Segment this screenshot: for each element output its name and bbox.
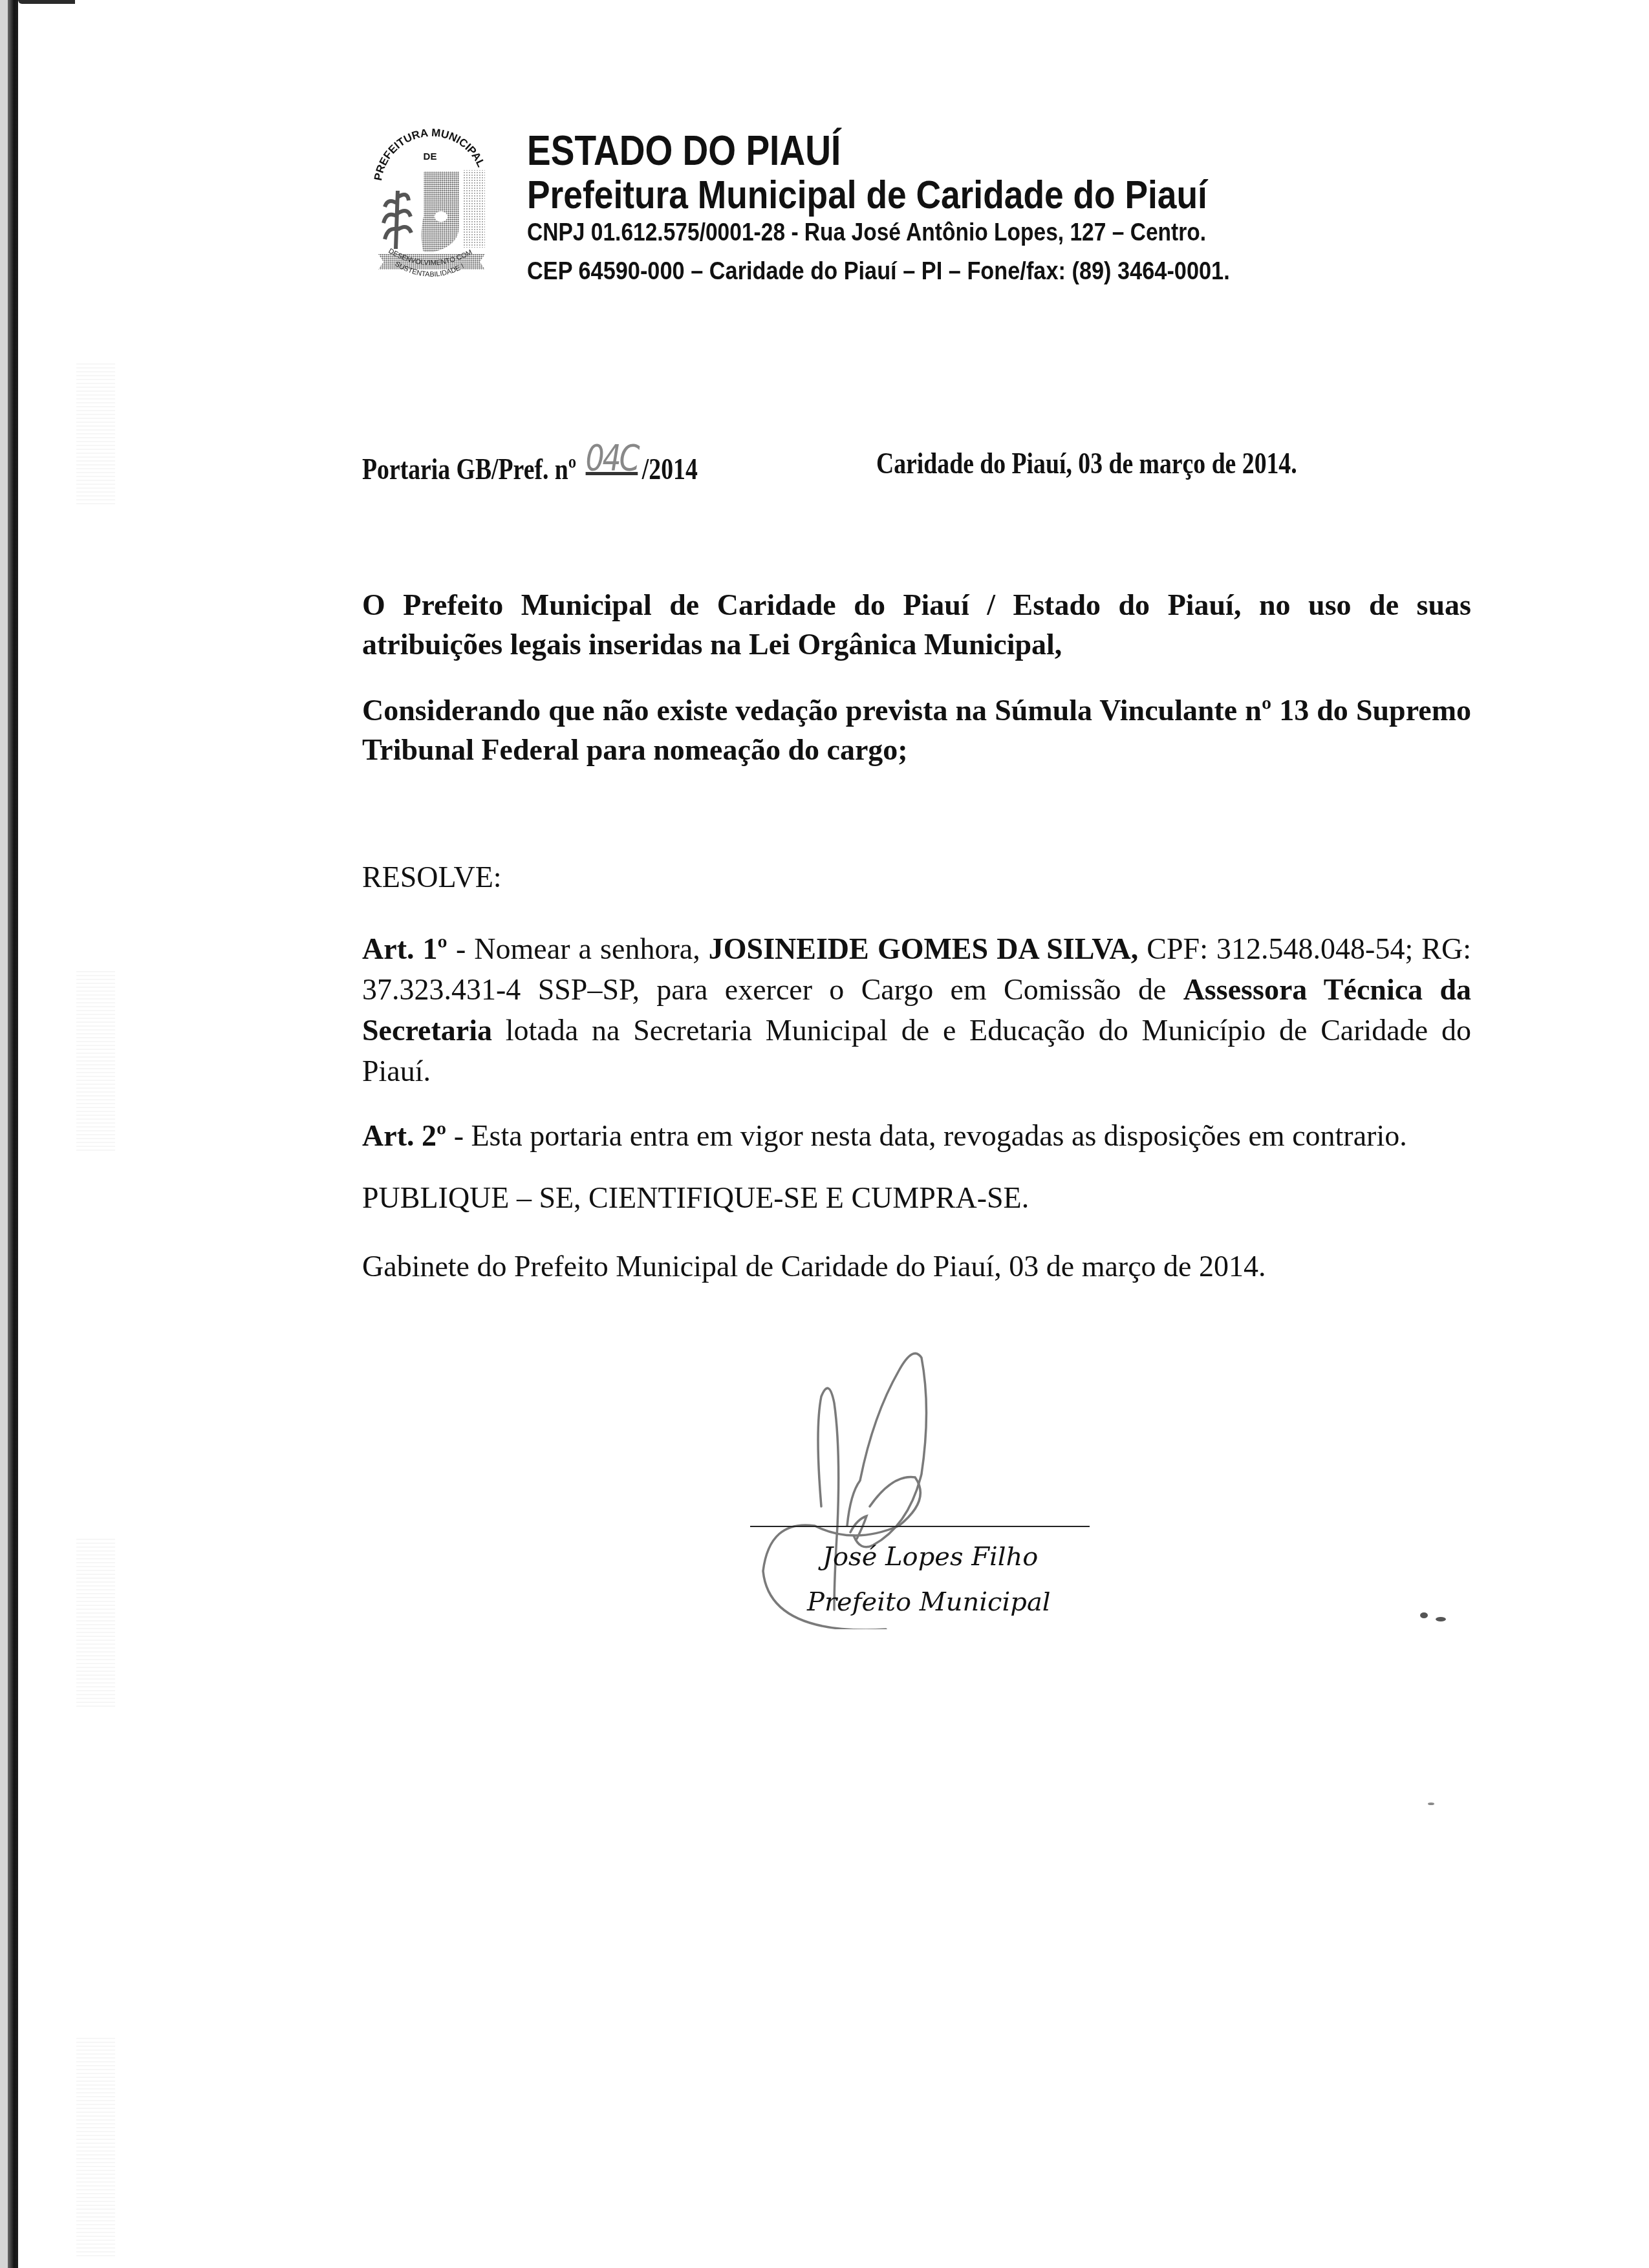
article-2: Art. 2º - Esta portaria entra em vigor n… — [362, 1118, 1407, 1153]
scan-speck — [1420, 1612, 1428, 1618]
portaria-year: /2014 — [642, 453, 698, 486]
portaria-prefix: Portaria GB/Pref. nº — [362, 453, 576, 486]
publish-statement: PUBLIQUE – SE, CIENTIFIQUE-SE E CUMPRA-S… — [362, 1181, 1029, 1215]
scan-speck — [1436, 1617, 1446, 1621]
article-1-text: - Nomear a senhora, — [447, 932, 709, 965]
handwritten-signature-icon — [744, 1332, 1132, 1629]
article-1: Art. 1º - Nomear a senhora, JOSINEIDE GO… — [362, 928, 1471, 1091]
svg-text:DE: DE — [424, 151, 437, 162]
scan-edge — [0, 0, 8, 2268]
closing-statement: Gabinete do Prefeito Municipal de Carida… — [362, 1249, 1266, 1283]
article-2-label: Art. 2º — [362, 1119, 446, 1152]
document-page: PREFEITURA MUNICIPAL DE DESENVOLVIMENTO … — [0, 0, 1649, 2268]
signatory-name: José Lopes Filho — [823, 1542, 1038, 1572]
scan-noise — [76, 362, 115, 504]
considering-paragraph: Considerando que não existe vedação prev… — [362, 690, 1471, 769]
resolve-heading: RESOLVE: — [362, 860, 502, 894]
header-cep-contact: CEP 64590-000 – Caridade do Piauí – PI –… — [527, 257, 1230, 286]
portaria-handwritten-number: 04C — [583, 437, 642, 479]
signature-line — [750, 1526, 1090, 1527]
document-date: Caridade do Piauí, 03 de março de 2014. — [876, 446, 1297, 480]
scan-edge-top — [18, 0, 75, 4]
scan-speck — [1428, 1803, 1434, 1805]
municipal-coat-of-arms-icon: PREFEITURA MUNICIPAL DE DESENVOLVIMENTO … — [362, 120, 498, 288]
signatory-title: Prefeito Municipal — [807, 1587, 1051, 1617]
scan-noise — [76, 970, 115, 1151]
scan-edge-shadow — [8, 0, 18, 2268]
header-cnpj-address: CNPJ 01.612.575/0001-28 - Rua José Antôn… — [527, 219, 1206, 247]
article-1-label: Art. 1º — [362, 932, 447, 965]
header-state: ESTADO DO PIAUÍ — [527, 127, 841, 175]
scan-noise — [76, 2037, 115, 2256]
portaria-number: Portaria GB/Pref. nº 04C/2014 — [362, 446, 698, 488]
header-prefecture: Prefeitura Municipal de Caridade do Piau… — [527, 172, 1207, 218]
preamble-paragraph: O Prefeito Municipal de Caridade do Piau… — [362, 585, 1471, 664]
appointee-name: JOSINEIDE GOMES DA SILVA, — [709, 932, 1138, 965]
scan-noise — [76, 1539, 115, 1707]
article-1-text: lotada na Secretaria Municipal de e Educ… — [362, 1014, 1471, 1087]
article-2-text: - Esta portaria entra em vigor nesta dat… — [446, 1119, 1407, 1152]
